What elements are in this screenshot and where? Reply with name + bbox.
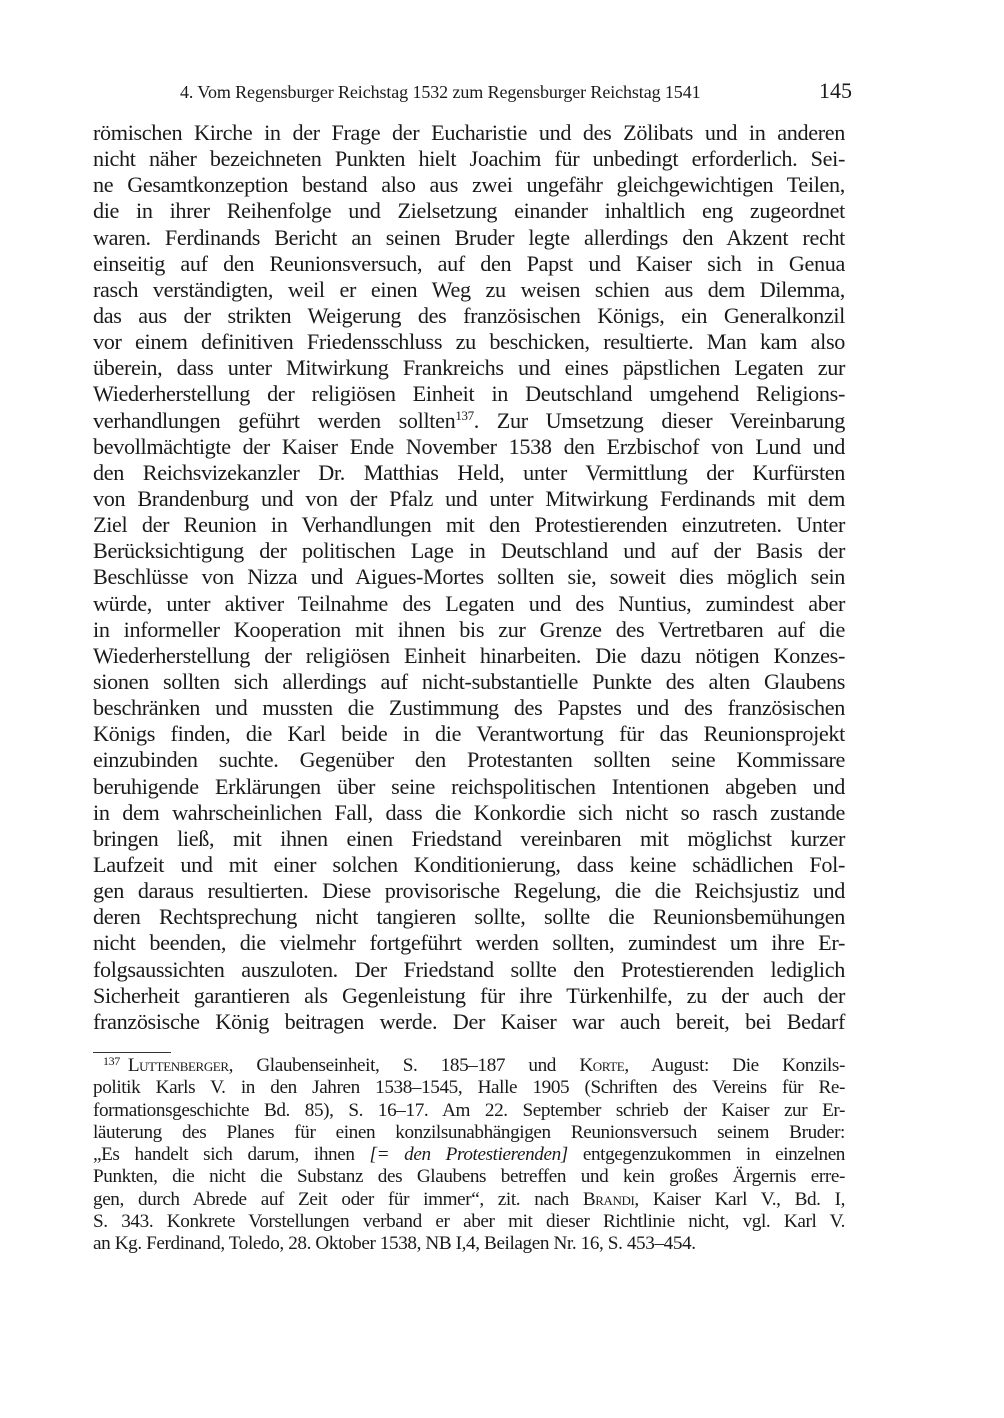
text-line: bringen ließ, mit ihnen einen Friedstand…	[93, 826, 845, 852]
text-line: Laufzeit und mit einer solchen Kondition…	[93, 852, 845, 878]
running-head: 4. Vom Regensburger Reichstag 1532 zum R…	[92, 78, 852, 108]
text-line: vor einem definitiven Friedensschluss zu…	[93, 329, 845, 355]
text-line: beschränken und mussten die Zustimmung d…	[93, 695, 845, 721]
text-segment: „Es handelt sich darum, ihnen	[93, 1144, 370, 1165]
footnote-line: S. 343. Konkrete Vorstellungen verband e…	[93, 1211, 845, 1233]
chapter-title: 4. Vom Regensburger Reichstag 1532 zum R…	[180, 82, 701, 103]
footnote-line: „Es handelt sich darum, ihnen [= den Pro…	[93, 1144, 845, 1166]
text-segment: , August: Die Konzils-	[624, 1055, 845, 1076]
footnote-line: 137Luttenberger, Glaubenseinheit, S. 185…	[93, 1055, 845, 1077]
footnote-line: an Kg. Ferdinand, Toledo, 28. Oktober 15…	[93, 1233, 845, 1255]
text-segment: . Zur Umsetzung dieser Vereinbarung	[474, 408, 845, 433]
text-line: deren Rechtsprechung nicht tangieren sol…	[93, 904, 845, 930]
text-line: überein, dass unter Mitwirkung Frankreic…	[93, 355, 845, 381]
text-line: das aus der strikten Weigerung des franz…	[93, 303, 845, 329]
text-line: in informeller Kooperation mit ihnen bis…	[93, 617, 845, 643]
text-line: folgsaussichten auszuloten. Der Friedsta…	[93, 957, 845, 983]
editorial-insertion: [= den Protestierenden]	[370, 1144, 568, 1165]
text-line-with-footnote-ref: verhandlungen geführt werden sollten137.…	[93, 408, 845, 434]
text-line: Wiederherstellung der religiösen Einheit…	[93, 381, 845, 407]
text-line: französische König beitragen werde. Der …	[93, 1009, 845, 1035]
text-line: Beschlüsse von Nizza und Aigues-Mortes s…	[93, 564, 845, 590]
text-line: den Reichsvizekanzler Dr. Matthias Held,…	[93, 460, 845, 486]
text-line: Königs finden, die Karl beide in die Ver…	[93, 721, 845, 747]
footnote-line: Punkten, die nicht die Substanz des Glau…	[93, 1166, 845, 1188]
footnote-line: formationsgeschichte Bd. 85), S. 16–17. …	[93, 1100, 845, 1122]
text-segment: verhandlungen geführt werden sollten	[93, 408, 455, 433]
text-line: waren. Ferdinands Bericht an seinen Brud…	[93, 225, 845, 251]
text-segment: gen, durch Abrede auf Zeit oder für imme…	[93, 1189, 583, 1210]
author-name: Korte	[579, 1055, 624, 1076]
footnote-reference[interactable]: 137	[455, 408, 473, 423]
text-line: Wiederherstellung der religiösen Einheit…	[93, 643, 845, 669]
text-segment: entgegenzukommen in einzelnen	[568, 1144, 845, 1165]
text-segment: , Kaiser Karl V., Bd. I,	[634, 1189, 845, 1210]
text-line: rasch verständigten, weil er einen Weg z…	[93, 277, 845, 303]
text-line: einseitig auf den Reunionsversuch, auf d…	[93, 251, 845, 277]
text-line: die in ihrer Reihenfolge und Zielsetzung…	[93, 198, 845, 224]
body-text: römischen Kirche in der Frage der Euchar…	[93, 120, 845, 1035]
author-name: Luttenberger	[128, 1055, 229, 1076]
text-line: von Brandenburg und von der Pfalz und un…	[93, 486, 845, 512]
author-name: Brandi	[583, 1189, 635, 1210]
text-line: römischen Kirche in der Frage der Euchar…	[93, 120, 845, 146]
text-line: Sicherheit garantieren als Gegenleistung…	[93, 983, 845, 1009]
text-line: Ziel der Reunion in Verhandlungen mit de…	[93, 512, 845, 538]
text-line: einzubinden suchte. Gegenüber den Protes…	[93, 747, 845, 773]
text-line: würde, unter aktiver Teilnahme des Legat…	[93, 591, 845, 617]
text-line: nicht beenden, die vielmehr fortgeführt …	[93, 930, 845, 956]
text-line: Berücksichtigung der politischen Lage in…	[93, 538, 845, 564]
footnote-number: 137	[103, 1054, 120, 1068]
footnote-line: gen, durch Abrede auf Zeit oder für imme…	[93, 1189, 845, 1211]
text-line: bevollmächtigte der Kaiser Ende November…	[93, 434, 845, 460]
text-line: gen daraus resultierten. Diese provisori…	[93, 878, 845, 904]
footnotes: 137Luttenberger, Glaubenseinheit, S. 185…	[93, 1055, 845, 1256]
footnote-line: politik Karls V. in den Jahren 1538–1545…	[93, 1077, 845, 1099]
page-number: 145	[819, 78, 852, 104]
text-line: in dem wahrscheinlichen Fall, dass die K…	[93, 800, 845, 826]
footnote-separator	[93, 1052, 171, 1053]
text-line: beruhigende Erklärungen über seine reich…	[93, 774, 845, 800]
footnote-line: läuterung des Planes für einen konzilsun…	[93, 1122, 845, 1144]
text-line: ne Gesamtkonzeption bestand also aus zwe…	[93, 172, 845, 198]
text-line: nicht näher bezeichneten Punkten hielt J…	[93, 146, 845, 172]
text-segment: , Glaubenseinheit, S. 185–187 und	[229, 1055, 580, 1076]
text-line: sionen sollten sich allerdings auf nicht…	[93, 669, 845, 695]
